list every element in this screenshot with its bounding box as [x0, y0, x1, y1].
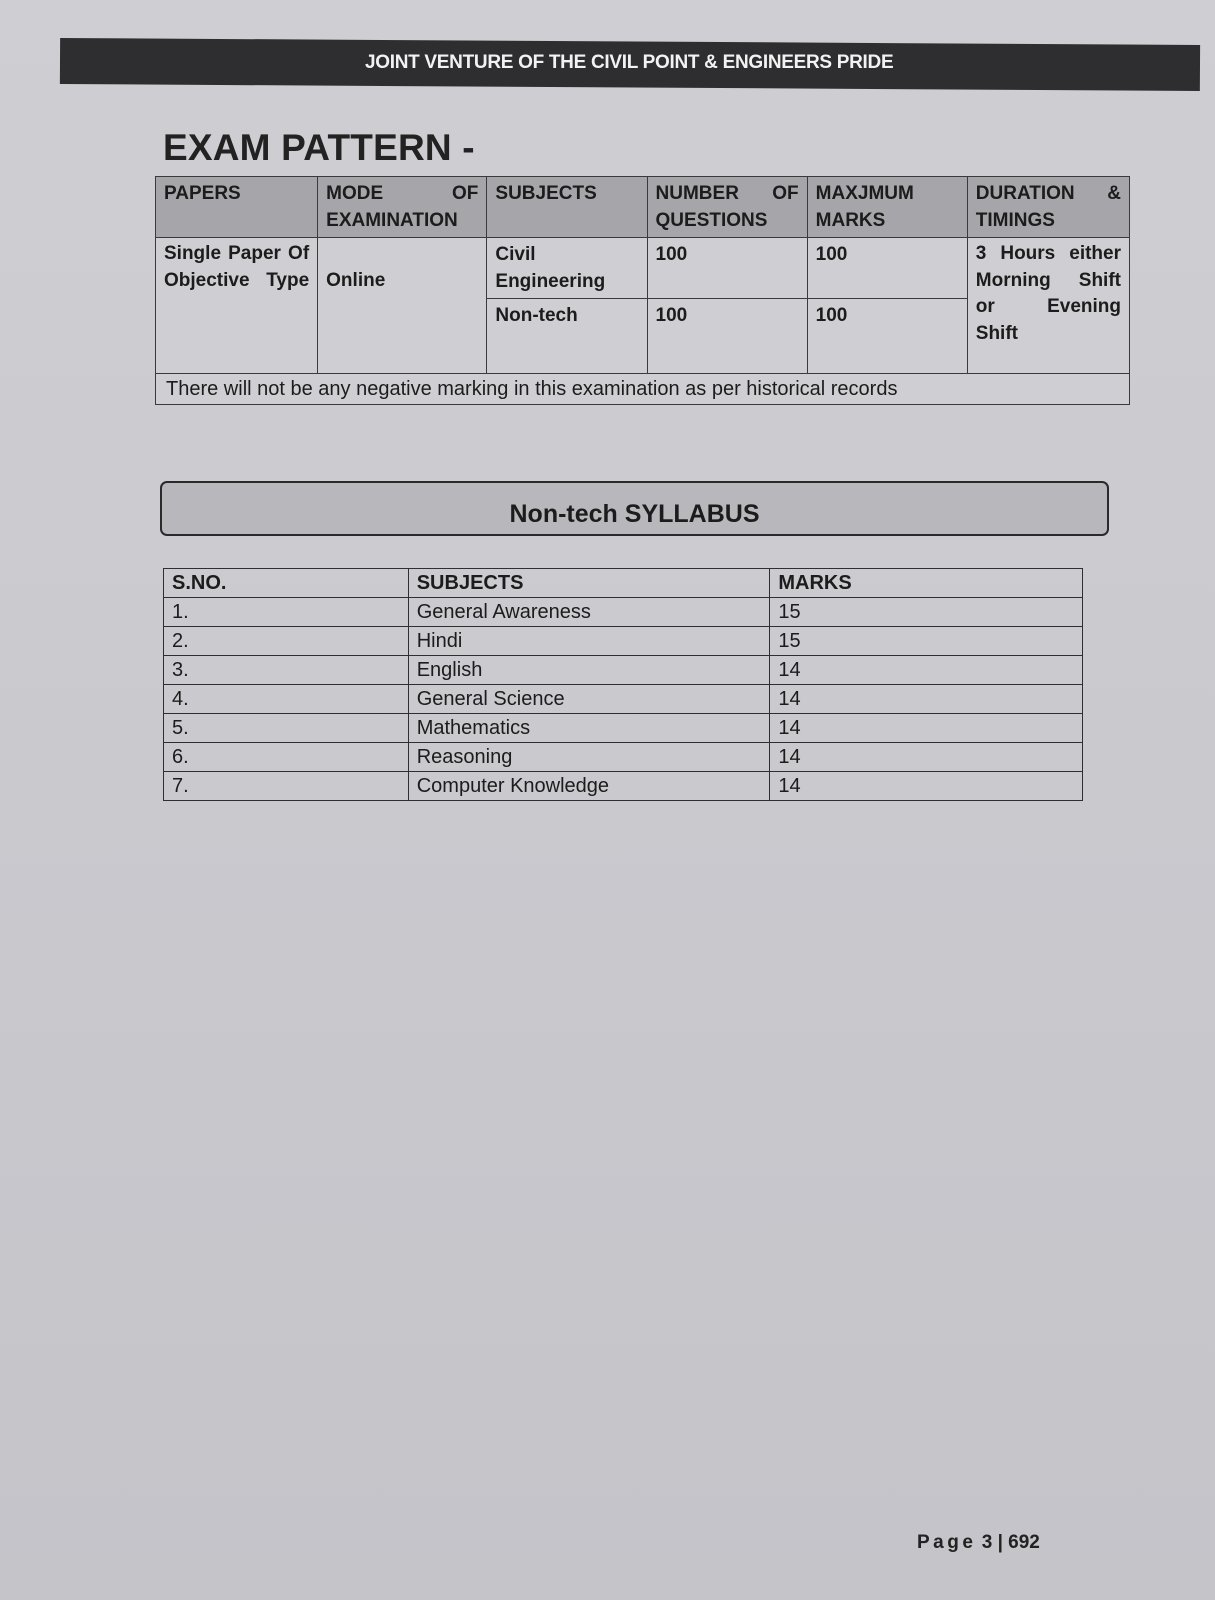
row-sno: 4.: [164, 685, 409, 714]
row-subject: Hindi: [408, 627, 770, 656]
questions-cell: 100: [647, 299, 807, 374]
page-title: EXAM PATTERN -: [163, 127, 475, 169]
page-separator: |: [998, 1532, 1003, 1553]
negative-marking-note: There will not be any negative marking i…: [156, 374, 1130, 405]
marks-cell: 100: [807, 299, 967, 374]
col-header-duration: DURATION & TIMINGS: [967, 177, 1129, 238]
exam-pattern-header-row: PAPERS MODE OF EXAMINATION SUBJECTS NUMB…: [156, 177, 1130, 238]
marks-cell: 100: [807, 238, 967, 299]
row-sno: 7.: [164, 772, 409, 801]
col-header-subjects: SUBJECTS: [487, 177, 647, 238]
syllabus-row: 5.Mathematics14: [164, 714, 1083, 743]
row-sno: 3.: [164, 656, 409, 685]
subject-cell: Non-tech: [487, 299, 647, 374]
total-pages: 692: [1008, 1532, 1040, 1553]
header-banner-text: JOINT VENTURE OF THE CIVIL POINT & ENGIN…: [365, 52, 893, 74]
paper-type-cell: Single Paper Of Objective Type: [156, 238, 318, 374]
mode-cell: Online: [318, 238, 487, 374]
duration-cell: 3 Hours either Morning Shift or Evening …: [967, 238, 1129, 374]
row-subject: General Science: [408, 685, 770, 714]
row-sno: 2.: [164, 627, 409, 656]
row-subject: English: [408, 656, 770, 685]
row-marks: 14: [770, 656, 1083, 685]
row-subject: Computer Knowledge: [408, 772, 770, 801]
page-footer: Page 3 | 692: [917, 1532, 1040, 1554]
col-header-marks: MARKS: [770, 569, 1083, 598]
exam-pattern-note-row: There will not be any negative marking i…: [156, 374, 1130, 405]
syllabus-title-banner: Non-tech SYLLABUS: [160, 481, 1109, 536]
col-header-mode: MODE OF EXAMINATION: [318, 177, 487, 238]
row-sno: 6.: [164, 743, 409, 772]
col-header-subjects: SUBJECTS: [408, 569, 770, 598]
exam-pattern-table: PAPERS MODE OF EXAMINATION SUBJECTS NUMB…: [155, 176, 1130, 405]
page-number: 3: [982, 1532, 993, 1553]
syllabus-row: 2.Hindi15: [164, 627, 1083, 656]
row-marks: 14: [770, 714, 1083, 743]
row-subject: General Awareness: [408, 598, 770, 627]
row-marks: 14: [770, 743, 1083, 772]
row-marks: 15: [770, 627, 1083, 656]
row-marks: 15: [770, 598, 1083, 627]
row-subject: Reasoning: [408, 743, 770, 772]
syllabus-row: 4.General Science14: [164, 685, 1083, 714]
syllabus-table: S.NO. SUBJECTS MARKS 1.General Awareness…: [163, 568, 1083, 801]
questions-cell: 100: [647, 238, 807, 299]
page-label: Page: [917, 1532, 976, 1553]
col-header-questions: NUMBER OF QUESTIONS: [647, 177, 807, 238]
subject-cell: Civil Engineering: [487, 238, 647, 299]
col-header-sno: S.NO.: [164, 569, 409, 598]
row-subject: Mathematics: [408, 714, 770, 743]
syllabus-row: 1.General Awareness15: [164, 598, 1083, 627]
col-header-papers: PAPERS: [156, 177, 318, 238]
row-sno: 5.: [164, 714, 409, 743]
row-marks: 14: [770, 685, 1083, 714]
row-sno: 1.: [164, 598, 409, 627]
syllabus-header-row: S.NO. SUBJECTS MARKS: [164, 569, 1083, 598]
syllabus-row: 3.English14: [164, 656, 1083, 685]
syllabus-row: 7.Computer Knowledge14: [164, 772, 1083, 801]
exam-pattern-row: Single Paper Of Objective Type Online Ci…: [156, 238, 1130, 299]
syllabus-row: 6.Reasoning14: [164, 743, 1083, 772]
row-marks: 14: [770, 772, 1083, 801]
col-header-max-marks: MAXJMUM MARKS: [807, 177, 967, 238]
syllabus-title: Non-tech SYLLABUS: [510, 500, 760, 529]
